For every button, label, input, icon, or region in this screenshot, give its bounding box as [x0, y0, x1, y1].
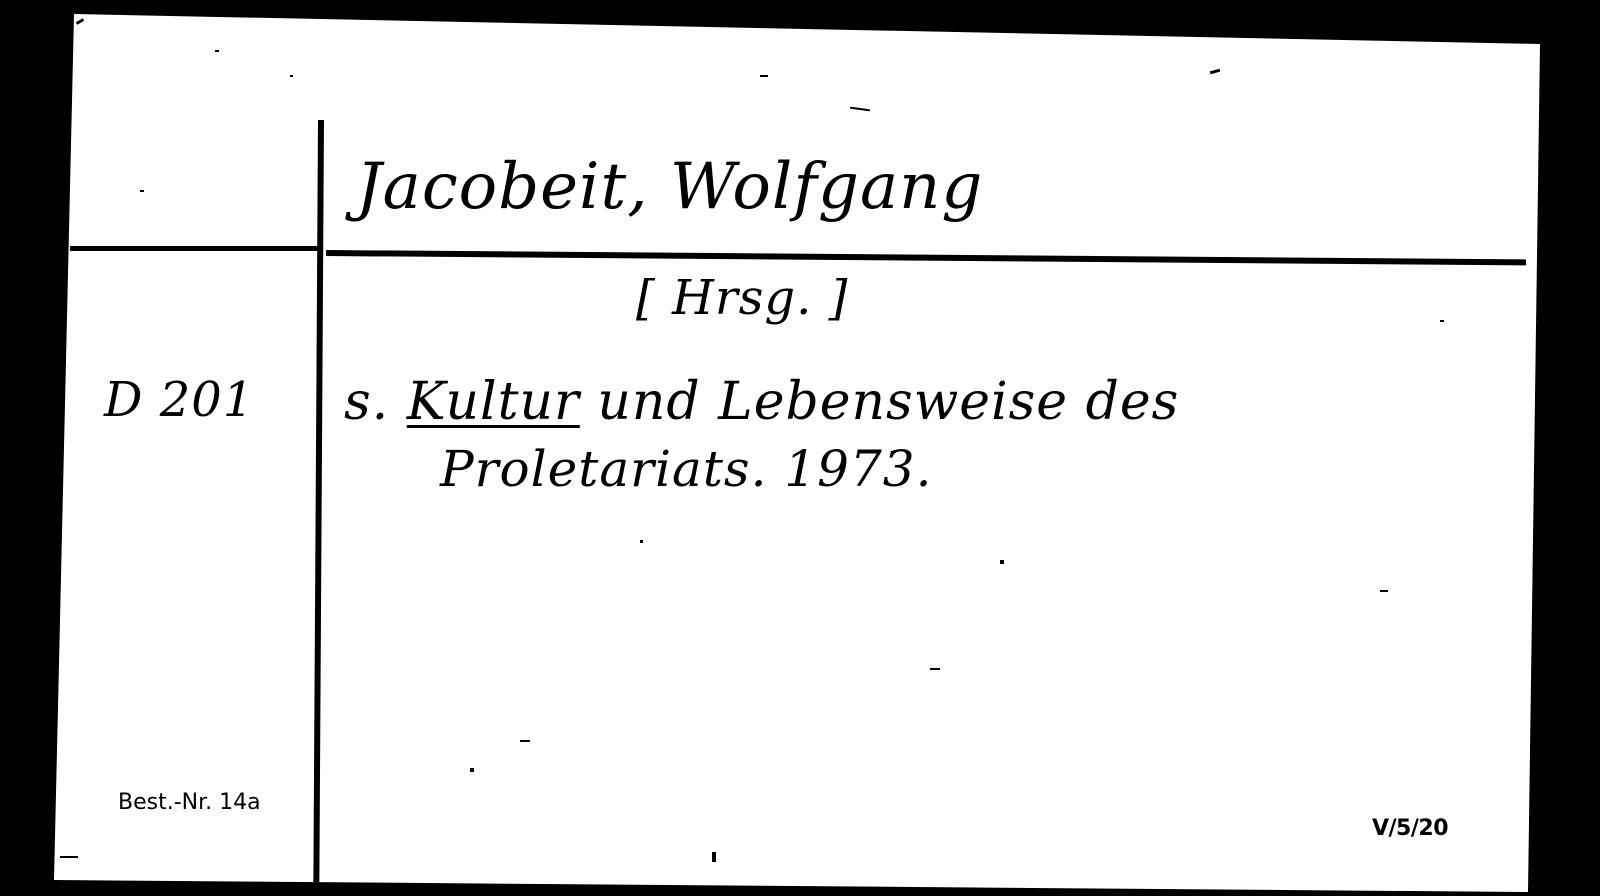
scan-speck — [712, 852, 716, 862]
heading-rule-left — [70, 246, 318, 251]
author-role: [ Hrsg. ] — [636, 270, 848, 326]
scan-speck — [930, 668, 940, 670]
scan-speck — [140, 190, 144, 192]
scan-speck — [640, 540, 643, 543]
scanned-catalog-card-view: Jacobeit, Wolfgang [ Hrsg. ] D 201 s. Ku… — [0, 0, 1600, 896]
catalog-card: Jacobeit, Wolfgang [ Hrsg. ] D 201 s. Ku… — [0, 0, 1600, 896]
scan-speck — [850, 107, 870, 112]
see-prefix: s. — [344, 372, 389, 432]
scan-speck — [1440, 320, 1444, 322]
order-number-label: Best.-Nr. 14a — [118, 790, 261, 815]
scan-speck — [1380, 590, 1388, 592]
scan-speck — [1210, 69, 1220, 74]
form-number-label: V/5/20 — [1372, 816, 1448, 841]
scan-speck — [60, 856, 78, 858]
vertical-divider-rule — [313, 120, 324, 896]
scan-speck — [76, 18, 84, 25]
see-reference-line-2: Proletariats. 1973. — [440, 440, 933, 498]
scan-speck — [215, 50, 219, 52]
scan-speck — [520, 740, 530, 742]
shelfmark: D 201 — [104, 372, 254, 428]
scan-speck — [290, 75, 293, 77]
scan-speck — [470, 768, 474, 772]
heading-rule-right — [326, 250, 1526, 265]
see-reference-line-1: s. Kultur und Lebensweise des — [344, 372, 1179, 432]
author-heading: Jacobeit, Wolfgang — [356, 150, 983, 224]
scan-speck — [1000, 560, 1004, 564]
referenced-title-continued: und Lebensweise des — [597, 372, 1179, 432]
scan-speck — [760, 75, 768, 77]
referenced-title-keyword: Kultur — [407, 372, 580, 432]
